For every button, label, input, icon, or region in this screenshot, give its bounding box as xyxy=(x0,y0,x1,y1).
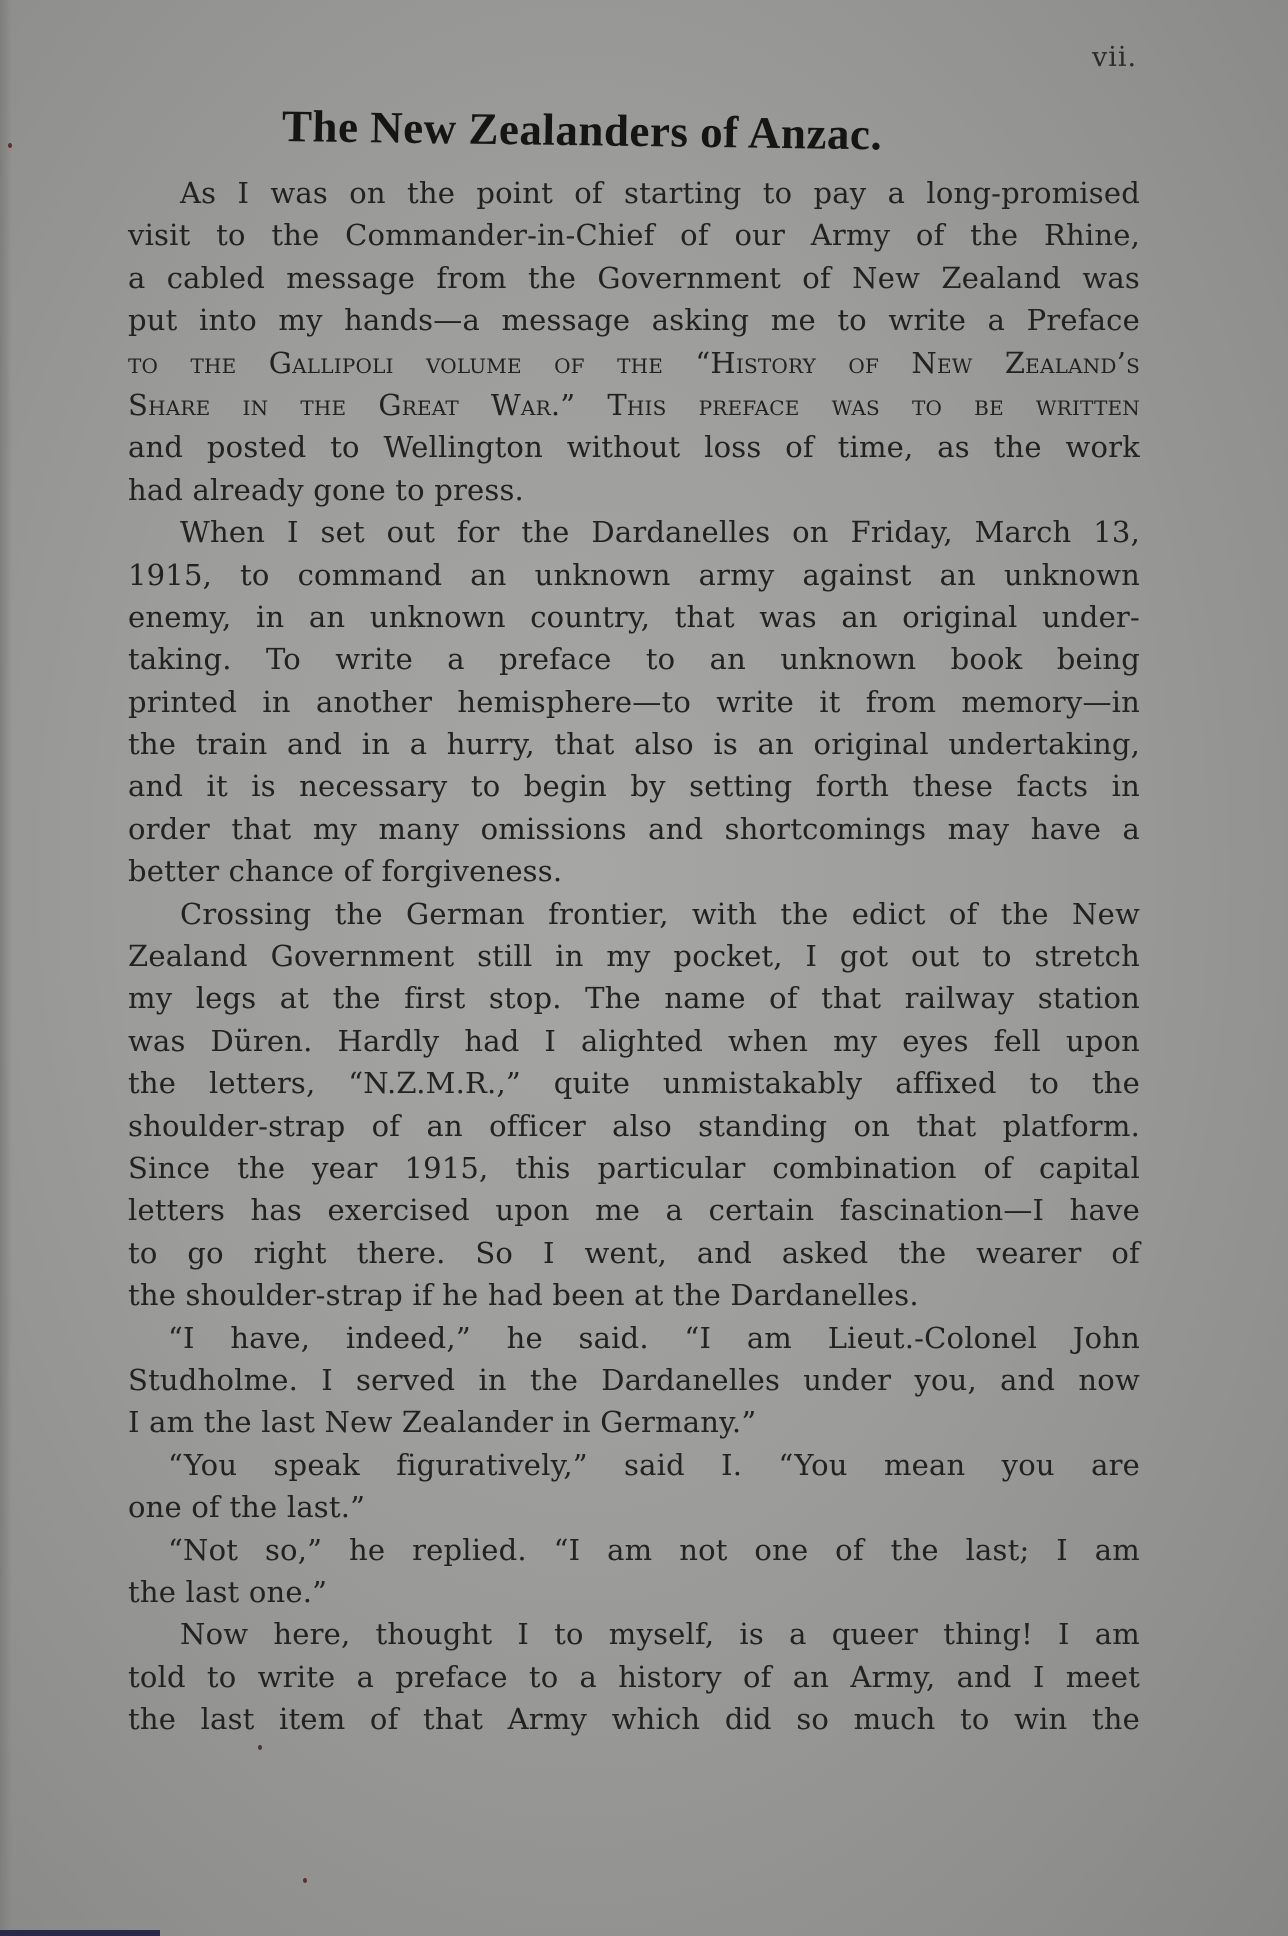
text-line: and posted to Wellington without loss of… xyxy=(128,426,1140,468)
text-line: Crossing the German frontier, with the e… xyxy=(128,893,1140,935)
text-line: Share in the Great War.” This preface wa… xyxy=(128,384,1140,426)
text-line: a cabled message from the Government of … xyxy=(128,257,1140,299)
text-line: and it is necessary to begin by setting … xyxy=(128,765,1140,807)
paragraph-3: Crossing the German frontier, with the e… xyxy=(128,893,1140,1317)
text-line: “Not so,” he replied. “I am not one of t… xyxy=(128,1529,1140,1571)
text-line: the last item of that Army which did so … xyxy=(128,1698,1140,1740)
text-line: I am the last New Zealander in Germany.” xyxy=(128,1401,1140,1443)
text-line: better chance of forgiveness. xyxy=(128,850,1140,892)
paper-speck xyxy=(8,143,12,148)
text-line: visit to the Commander-in-Chief of our A… xyxy=(128,214,1140,256)
text-line: had already gone to press. xyxy=(128,469,1140,511)
text-line: letters has exercised upon me a certain … xyxy=(128,1189,1140,1231)
text-line: the shoulder-strap if he had been at the… xyxy=(128,1274,1140,1316)
text-line: taking. To write a preface to an unknown… xyxy=(128,638,1140,680)
text-line: Zealand Government still in my pocket, I… xyxy=(128,935,1140,977)
text-line: the last one.” xyxy=(128,1571,1140,1613)
text-line: When I set out for the Dardanelles on Fr… xyxy=(128,511,1140,553)
paper-speck xyxy=(258,1745,262,1750)
text-line: the letters, “N.Z.M.R.,” quite unmistaka… xyxy=(128,1062,1140,1104)
text-line: Studholme. I served in the Dardanelles u… xyxy=(128,1359,1140,1401)
text-line: told to write a preface to a history of … xyxy=(128,1656,1140,1698)
page-binding-shadow xyxy=(0,0,12,1936)
page-number: vii. xyxy=(1092,42,1137,73)
text-line: was Düren. Hardly had I alighted when my… xyxy=(128,1020,1140,1062)
text-line: As I was on the point of starting to pay… xyxy=(128,172,1140,214)
paragraph-6: “Not so,” he replied. “I am not one of t… xyxy=(128,1529,1140,1614)
text-line: “I have, indeed,” he said. “I am Lieut.-… xyxy=(128,1317,1140,1359)
body-text: As I was on the point of starting to pay… xyxy=(128,172,1140,1740)
text-line: my legs at the first stop. The name of t… xyxy=(128,977,1140,1019)
paragraph-7: Now here, thought I to myself, is a quee… xyxy=(128,1613,1140,1740)
text-line: enemy, in an unknown country, that was a… xyxy=(128,596,1140,638)
text-line: printed in another hemisphere—to write i… xyxy=(128,681,1140,723)
text-line: shoulder-strap of an officer also standi… xyxy=(128,1105,1140,1147)
paragraph-1: As I was on the point of starting to pay… xyxy=(128,172,1140,511)
text-line: one of the last.” xyxy=(128,1486,1140,1528)
text-line: order that my many omissions and shortco… xyxy=(128,808,1140,850)
paragraph-2: When I set out for the Dardanelles on Fr… xyxy=(128,511,1140,893)
text-line: to the Gallipoli volume of the “History … xyxy=(128,342,1140,384)
text-line: 1915, to command an unknown army against… xyxy=(128,554,1140,596)
text-line: “You speak figuratively,” said I. “You m… xyxy=(128,1444,1140,1486)
text-line: put into my hands—a message asking me to… xyxy=(128,299,1140,341)
paragraph-4: “I have, indeed,” he said. “I am Lieut.-… xyxy=(128,1317,1140,1444)
paper-speck xyxy=(303,1878,307,1883)
text-line: to go right there. So I went, and asked … xyxy=(128,1232,1140,1274)
page-title: The New Zealanders of Anzac. xyxy=(282,100,883,160)
text-line: the train and in a hurry, that also is a… xyxy=(128,723,1140,765)
page-bottom-edge xyxy=(0,1930,160,1936)
paragraph-5: “You speak figuratively,” said I. “You m… xyxy=(128,1444,1140,1529)
text-line: Now here, thought I to myself, is a quee… xyxy=(128,1613,1140,1655)
text-line: Since the year 1915, this particular com… xyxy=(128,1147,1140,1189)
